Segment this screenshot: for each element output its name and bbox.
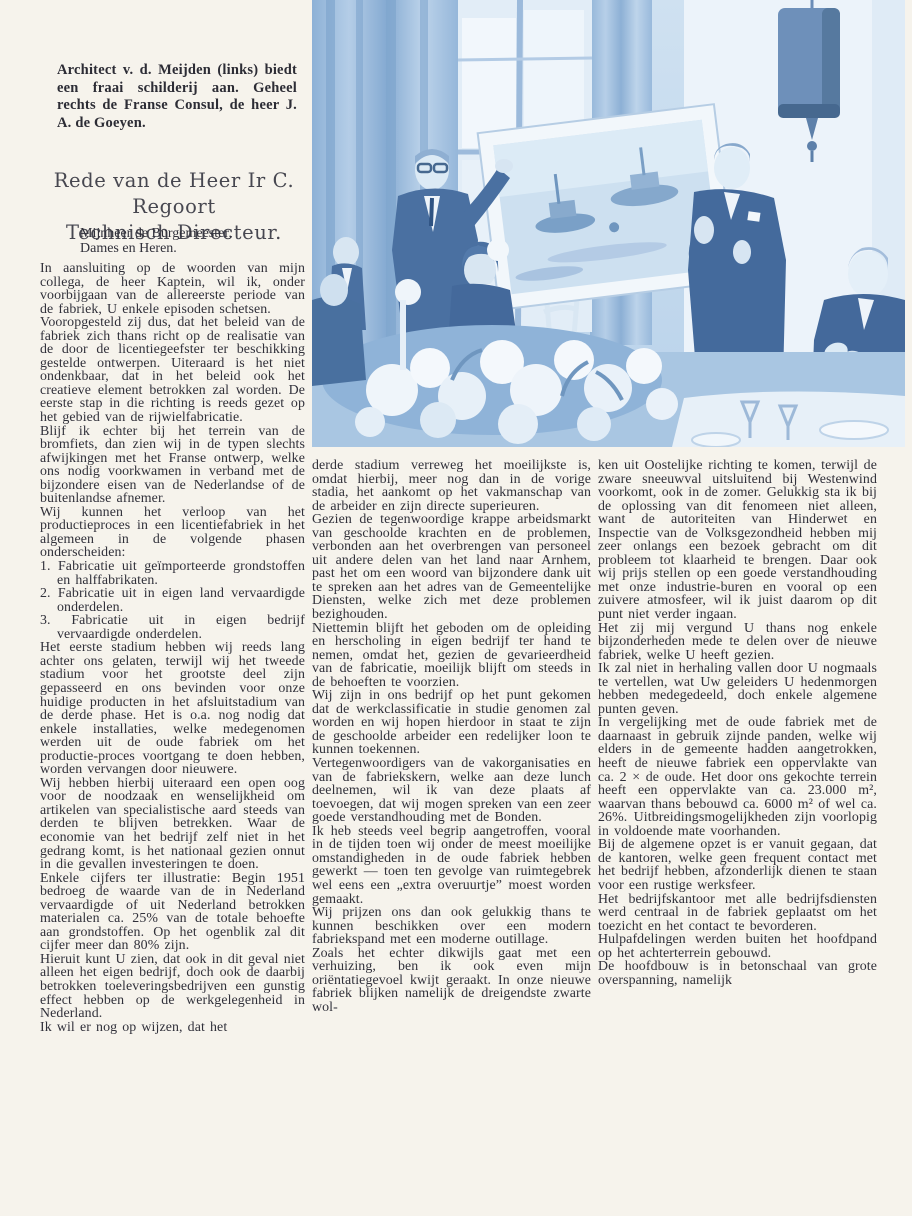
magazine-page: Architect v. d. Meijden (links) biedt ee…: [0, 0, 912, 1216]
text-column-1: In aansluiting op de woorden van mijn co…: [40, 262, 305, 1034]
paragraph: Wij prijzen ons dan ook gelukkig thans t…: [312, 906, 591, 947]
paragraph: 1. Fabricatie uit geïmporteerde grondsto…: [40, 560, 305, 587]
paragraph: Niettemin blijft het geboden om de oplei…: [312, 622, 591, 690]
paragraph: Hieruit kunt U zien, dat ook in dit geva…: [40, 953, 305, 1021]
paragraph: Ik wil er nog op wijzen, dat het: [40, 1021, 305, 1035]
text-column-3: ken uit Oostelijke richting te komen, te…: [598, 459, 877, 987]
paragraph: Wij hebben hierbij uiteraard een open oo…: [40, 777, 305, 872]
banquet-photo-illustration: [312, 0, 905, 447]
salutation-line1: Mijnheer de Burgemeester,: [80, 226, 310, 241]
paragraph: Wij zijn in ons bedrijf op het punt geko…: [312, 689, 591, 757]
photo-caption: Architect v. d. Meijden (links) biedt ee…: [57, 62, 297, 132]
paragraph: Het zij mij vergund U thans nog enkele b…: [598, 622, 877, 663]
paragraph: In vergelijking met de oude fabriek met …: [598, 716, 877, 838]
paragraph: In aansluiting op de woorden van mijn co…: [40, 262, 305, 316]
paragraph: Gezien de tegenwoordige krappe arbeidsma…: [312, 513, 591, 621]
paragraph: Ik zal niet in herhaling vallen door U n…: [598, 662, 877, 716]
paragraph: Ik heb steeds veel begrip aangetroffen, …: [312, 825, 591, 906]
paragraph: 3. Fabricatie uit in eigen bedrijf verva…: [40, 614, 305, 641]
banquet-photo: [312, 0, 905, 447]
paragraph: Bij de algemene opzet is er vanuit gegaa…: [598, 838, 877, 892]
paragraph: derde stadium verreweg het moeilijkste i…: [312, 459, 591, 513]
salutation: Mijnheer de Burgemeester, Dames en Heren…: [80, 226, 310, 256]
paragraph: 2. Fabricatie uit in eigen land vervaard…: [40, 587, 305, 614]
paragraph: Vertegenwoordigers van de vakorganisatie…: [312, 757, 591, 825]
paragraph: Het eerste stadium hebben wij reeds lang…: [40, 641, 305, 776]
article-title-line1: Rede van de Heer Ir C. Regoort: [38, 168, 310, 220]
paragraph: De hoofdbouw is in betonschaal van grote…: [598, 960, 877, 987]
paragraph: Blijf ik echter bij het terrein van de b…: [40, 425, 305, 506]
text-column-2: derde stadium verreweg het moeilijkste i…: [312, 459, 591, 1014]
paragraph: Wij kunnen het verloop van het productie…: [40, 506, 305, 560]
salutation-line2: Dames en Heren.: [80, 241, 310, 256]
paragraph: Zoals het echter dikwijls gaat met een v…: [312, 947, 591, 1015]
paragraph: Hulpafdelingen werden buiten het hoofdpa…: [598, 933, 877, 960]
paragraph: Vooropgesteld zij dus, dat het beleid va…: [40, 316, 305, 424]
table-setting: [672, 391, 905, 447]
paragraph: ken uit Oostelijke richting te komen, te…: [598, 459, 877, 622]
paragraph: Enkele cijfers ter illustratie: Begin 19…: [40, 872, 305, 953]
paragraph: Het bedrijfskantoor met alle bedrijfsdie…: [598, 893, 877, 934]
